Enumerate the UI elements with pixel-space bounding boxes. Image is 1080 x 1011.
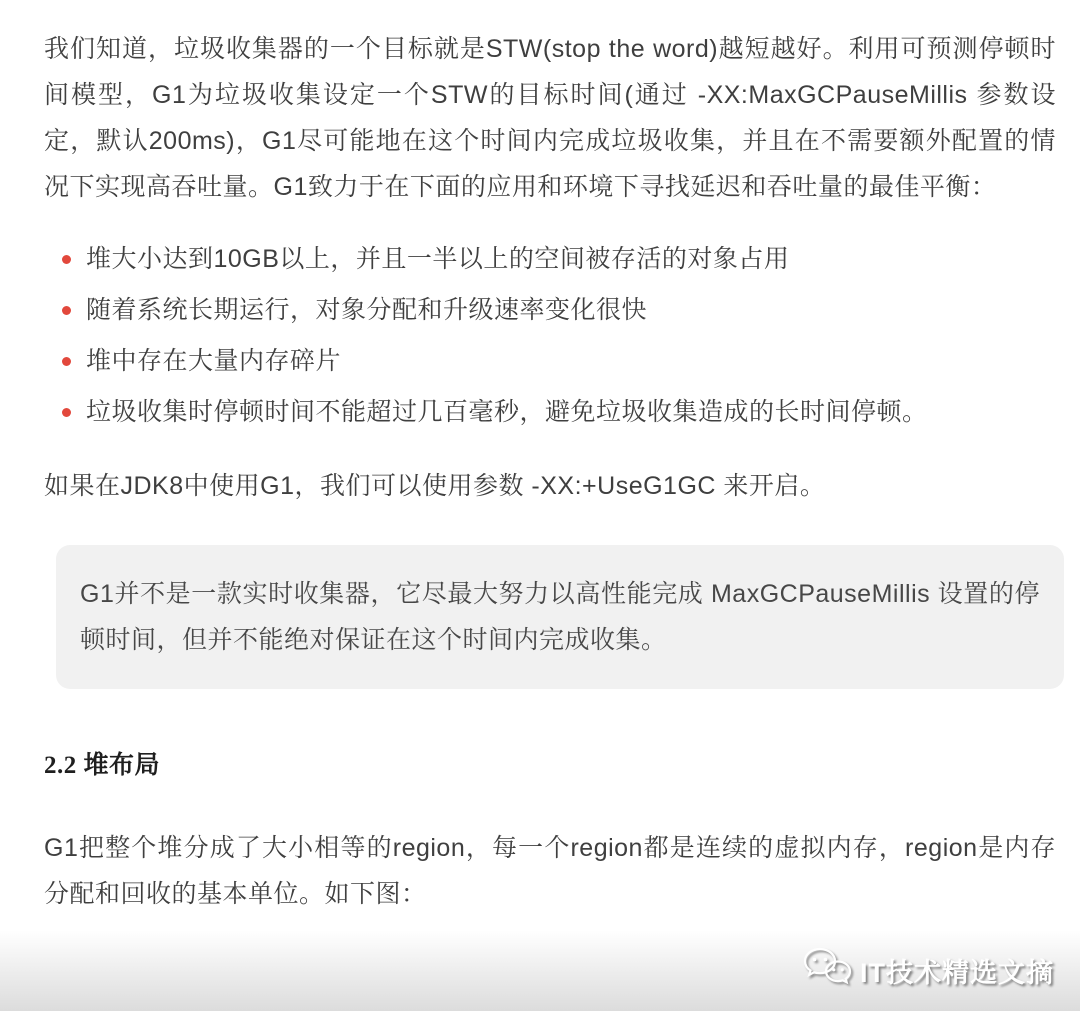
watermark-label: IT技术精选文摘 [860, 951, 1054, 990]
bullet-list: 堆大小达到10GB以上，并且一半以上的空间被存活的对象占用 随着系统长期运行，对… [44, 238, 1056, 433]
bullet-dot-icon [62, 357, 71, 366]
list-item: 堆中存在大量内存碎片 [86, 340, 1056, 382]
section-heading-heap-layout: 2.2 堆布局 [44, 751, 1056, 781]
watermark: IT技术精选文摘 [802, 946, 1054, 995]
paragraph-jdk8-enable: 如果在JDK8中使用G1，我们可以使用参数 -XX:+UseG1GC 来开启。 [44, 463, 1056, 509]
list-item-text: 堆大小达到10GB以上，并且一半以上的空间被存活的对象占用 [86, 245, 789, 273]
list-item-text: 堆中存在大量内存碎片 [86, 347, 341, 375]
list-item-text: 垃圾收集时停顿时间不能超过几百毫秒，避免垃圾收集造成的长时间停顿。 [86, 398, 928, 426]
article-page: { "colors": { "background": "#ffffff", "… [0, 0, 1080, 1011]
list-item: 垃圾收集时停顿时间不能超过几百毫秒，避免垃圾收集造成的长时间停顿。 [86, 391, 1056, 433]
bullet-dot-icon [62, 306, 71, 315]
list-item-text: 随着系统长期运行，对象分配和升级速率变化很快 [86, 296, 647, 324]
note-text: G1并不是一款实时收集器，它尽最大努力以高性能完成 MaxGCPauseMill… [80, 580, 1040, 654]
wechat-icon [802, 946, 852, 995]
list-item: 堆大小达到10GB以上，并且一半以上的空间被存活的对象占用 [86, 238, 1056, 280]
note-box: G1并不是一款实时收集器，它尽最大努力以高性能完成 MaxGCPauseMill… [56, 545, 1064, 689]
article-content: 我们知道，垃圾收集器的一个目标就是STW(stop the word)越短越好。… [0, 0, 1080, 917]
bullet-dot-icon [62, 255, 71, 264]
paragraph-g1-goal: 我们知道，垃圾收集器的一个目标就是STW(stop the word)越短越好。… [44, 26, 1056, 210]
list-item: 随着系统长期运行，对象分配和升级速率变化很快 [86, 289, 1056, 331]
bullet-dot-icon [62, 408, 71, 417]
paragraph-region-intro: G1把整个堆分成了大小相等的region，每一个region都是连续的虚拟内存，… [44, 825, 1056, 917]
